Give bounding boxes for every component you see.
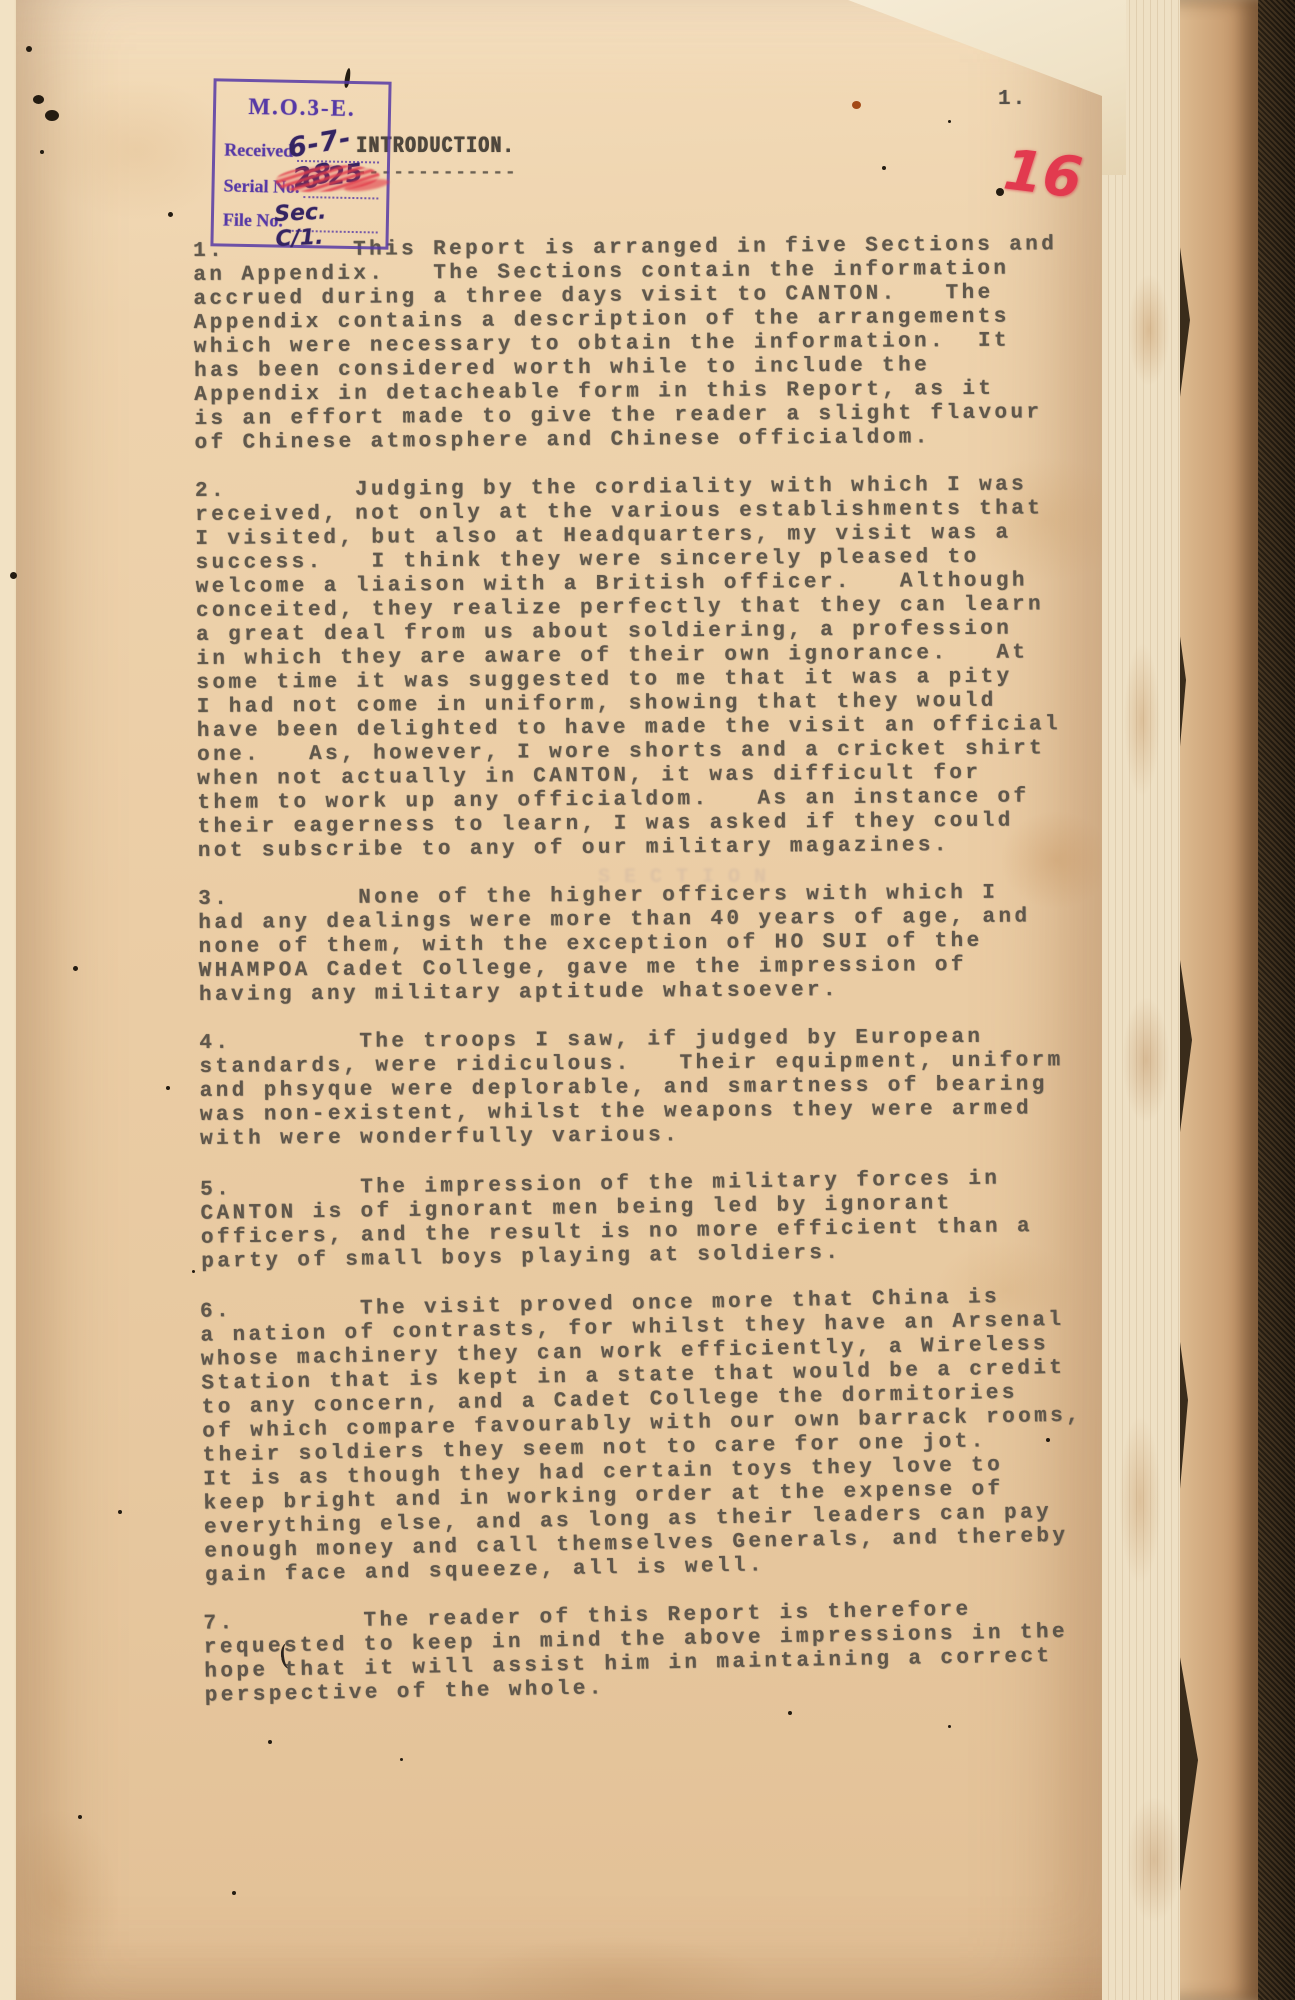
paragraph-6: 6. The visit proved once more that China… <box>200 1284 1105 1588</box>
stamp-file-value: Sec. C/1. <box>274 197 379 252</box>
ink-speck <box>118 1510 122 1514</box>
ink-speck <box>232 1891 236 1895</box>
paragraph-1: 1. This Report is arranged in five Secti… <box>193 233 1095 456</box>
ink-speck <box>78 1815 82 1819</box>
paragraph-3: 3. None of the higher officers with whic… <box>198 881 1099 1008</box>
ink-speck <box>45 110 59 121</box>
stamp-file-row: File No. Sec. C/1. <box>223 210 378 234</box>
ink-speck <box>10 572 17 579</box>
ink-speck <box>948 1725 951 1728</box>
paragraph-4: 4. The troops I saw, if judged by Europe… <box>199 1025 1100 1152</box>
ink-speck <box>168 212 173 217</box>
ink-speck <box>166 1086 170 1090</box>
report-body: 1. This Report is arranged in five Secti… <box>193 233 1105 1728</box>
stamp-office-label: M.O.3-E. <box>216 93 388 122</box>
stamp-serial-row: Serial No. 6 25 <box>223 176 378 200</box>
ink-speck <box>852 101 861 109</box>
ink-speck <box>26 46 32 52</box>
paragraph-7: 7. The reader of this Report is therefor… <box>203 1596 1105 1708</box>
ink-speck <box>268 1740 272 1744</box>
ink-speck <box>882 166 886 170</box>
ink-speck <box>948 120 951 123</box>
paragraph-5: 5. The impression of the military forces… <box>200 1166 1101 1275</box>
ink-speck <box>73 966 78 971</box>
paragraph-2: 2. Judging by the cordiality with which … <box>195 473 1098 864</box>
ink-speck <box>33 95 44 104</box>
ink-speck <box>192 1270 195 1273</box>
registry-stamp: M.O.3-E. Received 6-7-28 Serial No. 6 25… <box>210 78 391 249</box>
stacked-page-edges <box>1094 0 1180 2000</box>
ink-speck <box>40 150 44 154</box>
ink-speck <box>400 1758 403 1761</box>
stamp-received-label: Received <box>224 140 293 162</box>
page-number: 1. <box>998 88 1027 111</box>
scanned-report-page: M.O.3-E. Received 6-7-28 Serial No. 6 25… <box>0 0 1295 2000</box>
red-crayon-annotation: 16 <box>1000 137 1085 211</box>
